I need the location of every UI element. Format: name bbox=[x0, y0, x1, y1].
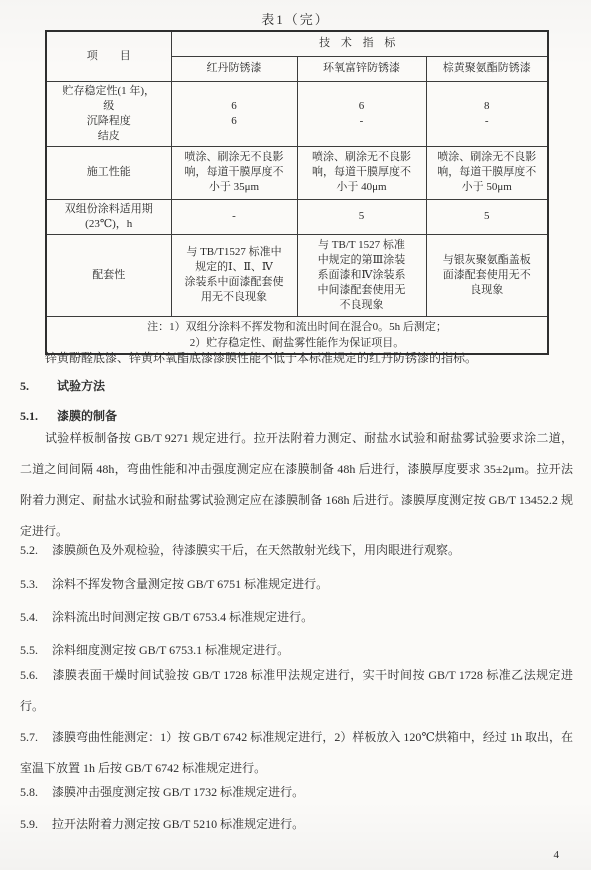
item-5-5-text: 涂料细度测定按 GB/T 6753.1 标准规定进行。 bbox=[52, 643, 289, 657]
item-5-2-text: 漆膜颜色及外观检验，待漆膜实干后，在天然散射光线下，用肉眼进行观察。 bbox=[52, 543, 460, 557]
pot-life-value-3: 5 bbox=[426, 199, 548, 234]
row-label-storage-stability: 贮存稳定性(1 年)， 级 沉降程度 结皮 bbox=[46, 81, 171, 146]
table-row-pot-life: 双组份涂料适用期 (23℃)，h - 5 5 bbox=[46, 199, 548, 234]
paragraph-5-1: 试验样板制备按 GB/T 9271 规定进行。拉开法附着力测定、耐盐水试验和耐盐… bbox=[20, 423, 573, 547]
page-number: 4 bbox=[554, 849, 560, 861]
item-5-8-text: 漆膜冲击强度测定按 GB/T 1732 标准规定进行。 bbox=[52, 785, 304, 799]
item-5-4-number: 5.4. bbox=[20, 610, 38, 624]
pot-life-value-1: - bbox=[171, 199, 297, 234]
section-5-number: 5. bbox=[20, 379, 57, 394]
paragraph-5-7: 5.7.漆膜弯曲性能测定：1）按 GB/T 6742 标准规定进行，2）样板放入… bbox=[20, 722, 573, 784]
spec-table: 项 目 技 术 指 标 红丹防锈漆 环氧富锌防锈漆 棕黄聚氨酯防锈漆 贮存稳定性… bbox=[45, 30, 549, 355]
section-5-1-title: 漆膜的制备 bbox=[57, 409, 117, 423]
table-row-storage-stability: 贮存稳定性(1 年)， 级 沉降程度 结皮 6 6 6 - 8 - bbox=[46, 81, 548, 146]
row-label-compatibility: 配套性 bbox=[46, 234, 171, 316]
col-header-polyurethane-paint: 棕黄聚氨酯防锈漆 bbox=[426, 56, 548, 81]
item-5-6-number: 5.6. bbox=[20, 668, 38, 682]
table-row-compatibility: 配套性 与 TB/T1527 标准中 规定的Ⅰ、Ⅱ、Ⅳ 涂装系中面漆配套使 用无… bbox=[46, 234, 548, 316]
item-5-7-number: 5.7. bbox=[20, 730, 38, 744]
paragraph-after-table: 锌黄酚醛底漆、锌黄环氧酯底漆漆膜性能不低于本标准规定的红丹防锈漆的指标。 bbox=[20, 349, 571, 367]
storage-stability-value-2: 6 - bbox=[297, 81, 426, 146]
col-header-item: 项 目 bbox=[46, 31, 171, 81]
item-5-3-number: 5.3. bbox=[20, 577, 38, 591]
paragraph-5-8: 5.8.漆膜冲击强度测定按 GB/T 1732 标准规定进行。 bbox=[20, 777, 573, 808]
col-header-tech-indicators: 技 术 指 标 bbox=[171, 31, 548, 56]
section-5-1-heading: 5.1.漆膜的制备 bbox=[20, 407, 117, 424]
item-5-5-number: 5.5. bbox=[20, 643, 38, 657]
item-5-2-number: 5.2. bbox=[20, 543, 38, 557]
application-value-1: 喷涂、刷涂无不良影 响，每道干膜厚度不 小于 35μm bbox=[171, 146, 297, 199]
item-5-3-text: 涂料不挥发物含量测定按 GB/T 6751 标准规定进行。 bbox=[52, 577, 328, 591]
col-header-red-lead-paint: 红丹防锈漆 bbox=[171, 56, 297, 81]
paragraph-5-6: 5.6.漆膜表面干燥时间试验按 GB/T 1728 标准甲法规定进行，实干时间按… bbox=[20, 660, 573, 722]
section-5-heading: 5.试验方法 bbox=[20, 377, 105, 394]
section-5-1-number: 5.1. bbox=[20, 409, 57, 424]
row-label-pot-life: 双组份涂料适用期 (23℃)，h bbox=[46, 199, 171, 234]
item-5-7-text: 漆膜弯曲性能测定：1）按 GB/T 6742 标准规定进行，2）样板放入 120… bbox=[20, 730, 573, 775]
pot-life-value-2: 5 bbox=[297, 199, 426, 234]
col-header-epoxy-zinc-paint: 环氧富锌防锈漆 bbox=[297, 56, 426, 81]
storage-stability-value-1: 6 6 bbox=[171, 81, 297, 146]
section-5-title: 试验方法 bbox=[57, 379, 105, 393]
item-5-4-text: 涂料流出时间测定按 GB/T 6753.4 标准规定进行。 bbox=[52, 610, 313, 624]
table-note: 注：1）双组分涂料不挥发物和流出时间在混合0。5h 后测定； 2）贮存稳定性、耐… bbox=[46, 316, 548, 354]
storage-stability-value-3: 8 - bbox=[426, 81, 548, 146]
paragraph-5-2: 5.2.漆膜颜色及外观检验，待漆膜实干后，在天然散射光线下，用肉眼进行观察。 bbox=[20, 535, 573, 566]
item-5-6-text: 漆膜表面干燥时间试验按 GB/T 1728 标准甲法规定进行，实干时间按 GB/… bbox=[20, 668, 573, 713]
application-value-2: 喷涂、刷涂无不良影 响，每道干膜厚度不 小于 40μm bbox=[297, 146, 426, 199]
item-5-8-number: 5.8. bbox=[20, 785, 38, 799]
paragraph-5-4: 5.4.涂料流出时间测定按 GB/T 6753.4 标准规定进行。 bbox=[20, 602, 573, 633]
row-label-application-performance: 施工性能 bbox=[46, 146, 171, 199]
compatibility-value-3: 与银灰聚氨酯盖板 面漆配套使用无不 良现象 bbox=[426, 234, 548, 316]
item-5-9-text: 拉开法附着力测定按 GB/T 5210 标准规定进行。 bbox=[52, 817, 304, 831]
compatibility-value-2: 与 TB/T 1527 标准 中规定的第Ⅲ涂装 系面漆和Ⅳ涂装系 中间漆配套使用… bbox=[297, 234, 426, 316]
paragraph-5-9: 5.9.拉开法附着力测定按 GB/T 5210 标准规定进行。 bbox=[20, 809, 573, 840]
application-value-3: 喷涂、刷涂无不良影 响，每道干膜厚度不 小于 50μm bbox=[426, 146, 548, 199]
item-5-9-number: 5.9. bbox=[20, 817, 38, 831]
table-title: 表1（完） bbox=[0, 9, 591, 28]
table-row-application-performance: 施工性能 喷涂、刷涂无不良影 响，每道干膜厚度不 小于 35μm 喷涂、刷涂无不… bbox=[46, 146, 548, 199]
paragraph-5-3: 5.3.涂料不挥发物含量测定按 GB/T 6751 标准规定进行。 bbox=[20, 569, 573, 600]
document-page: 表1（完） 项 目 技 术 指 标 红丹防锈漆 环氧富锌防锈漆 棕黄聚氨酯防锈漆… bbox=[0, 0, 591, 870]
compatibility-value-1: 与 TB/T1527 标准中 规定的Ⅰ、Ⅱ、Ⅳ 涂装系中面漆配套使 用无不良现象 bbox=[171, 234, 297, 316]
